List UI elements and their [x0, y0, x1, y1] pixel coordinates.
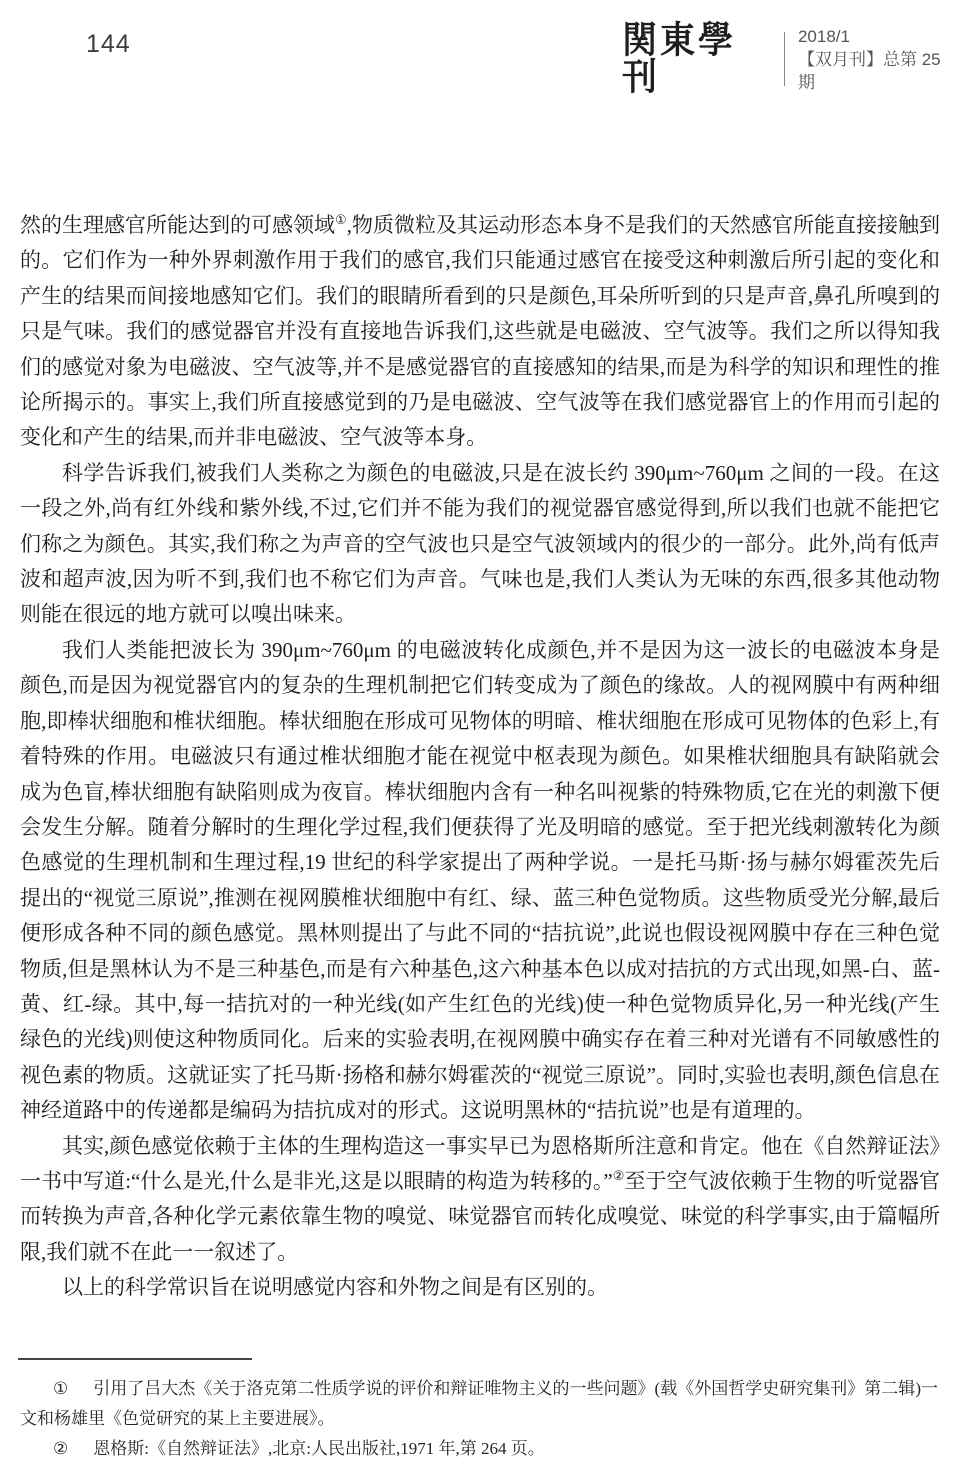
footnote-marker: ②	[53, 1439, 68, 1458]
paragraph: 我们人类能把波长为 390μm~760μm 的电磁波转化成颜色,并不是因为这一波…	[20, 633, 940, 1129]
paragraph: 科学告诉我们,被我们人类称之为颜色的电磁波,只是在波长约 390μm~760μm…	[20, 456, 940, 633]
footnote-ref: ①	[335, 212, 347, 227]
footnote-marker: ①	[53, 1379, 68, 1398]
page-number: 144	[86, 30, 131, 59]
body-text: 然的生理感官所能达到的可感领域①,物质微粒及其运动形态本身不是我们的天然感官所能…	[20, 208, 940, 1306]
footnote-text: 引用了吕大杰《关于洛克第二性质学说的评价和辩证唯物主义的一些问题》(载《外国哲学…	[20, 1379, 938, 1428]
journal-logo: 関東學刊	[622, 22, 770, 96]
journal-page: 144 関東學刊 2018/1 【双月刊】总第 25 期 然的生理感官所能达到的…	[0, 0, 958, 1476]
paragraph: 其实,颜色感觉依赖于主体的生理构造这一事实早已为恩格斯所注意和肯定。他在《自然辩…	[20, 1129, 940, 1271]
paragraph: 然的生理感官所能达到的可感领域①,物质微粒及其运动形态本身不是我们的天然感官所能…	[20, 208, 940, 456]
issue-number: 【双月刊】总第 25 期	[798, 48, 958, 94]
footnotes: ①引用了吕大杰《关于洛克第二性质学说的评价和辩证唯物主义的一些问题》(载《外国哲…	[20, 1374, 938, 1464]
issue-date: 2018/1	[798, 25, 958, 48]
footnote: ①引用了吕大杰《关于洛克第二性质学说的评价和辩证唯物主义的一些问题》(载《外国哲…	[20, 1374, 938, 1434]
footnote-text: 恩格斯:《自然辩证法》,北京:人民出版社,1971 年,第 264 页。	[93, 1439, 544, 1458]
masthead: 関東學刊 2018/1 【双月刊】总第 25 期	[622, 24, 958, 94]
footnote: ②恩格斯:《自然辩证法》,北京:人民出版社,1971 年,第 264 页。	[20, 1434, 938, 1464]
paragraph: 以上的科学常识旨在说明感觉内容和外物之间是有区别的。	[20, 1270, 940, 1305]
footnote-ref: ②	[613, 1168, 625, 1183]
footnote-rule	[18, 1358, 252, 1360]
issue-info: 2018/1 【双月刊】总第 25 期	[798, 25, 958, 94]
masthead-divider	[784, 32, 785, 86]
